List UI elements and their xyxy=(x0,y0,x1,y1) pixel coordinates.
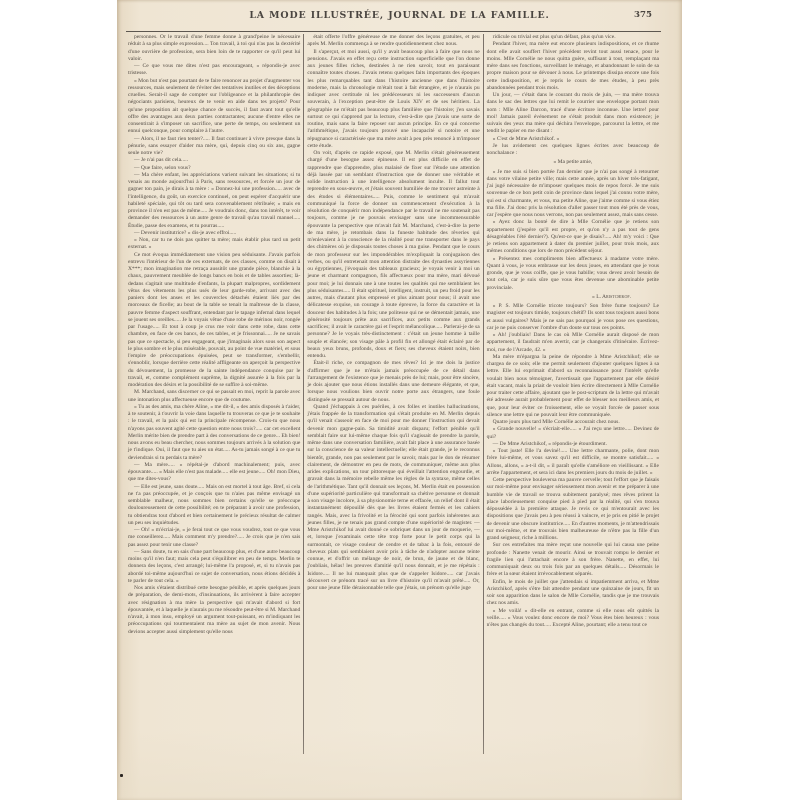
paragraph: — Oh! » m'écriai-je, « je ferai tout ce … xyxy=(128,527,300,549)
paragraph: Sur ces entrefaites ma mère reçut une no… xyxy=(487,542,659,578)
column-2: était offerte l'offre généreuse de me do… xyxy=(305,34,481,754)
paragraph: « Ah! j'oubliais! Dans le cas où Mlle Co… xyxy=(487,332,659,354)
paragraph: Ma mère m'épargna la peine de répondre à… xyxy=(487,354,659,419)
paragraph: — Ma chère enfant, les appréciations var… xyxy=(128,172,300,230)
paragraph: « Non, car tu ne dois pas quitter ta mèr… xyxy=(128,237,300,252)
paragraph: Je lus avidement ces quelques lignes écr… xyxy=(487,143,659,158)
column-divider xyxy=(483,34,484,754)
paragraph: « Présentez mes compliments bien affectu… xyxy=(487,256,659,292)
paragraph: — Sans doute, tu en sais d'une part beau… xyxy=(128,549,300,585)
column-divider xyxy=(303,34,304,754)
paragraph: ridicule ou trivial est plus qu'un défau… xyxy=(487,34,659,41)
paragraph: personnes. Or le travail d'une femme don… xyxy=(128,34,300,63)
newspaper-page: LA MODE ILLUSTRÉE, JOURNAL DE LA FAMILLE… xyxy=(117,0,682,800)
paragraph: Il s'aperçut, et moi aussi, qu'il y avai… xyxy=(307,49,479,151)
paragraph: — Alors, il ne faut rien tenter?..... Il… xyxy=(128,136,300,158)
paragraph: Pendant l'hiver, ma mère eut encore plus… xyxy=(487,41,659,92)
paragraph: — Elle est jeune, sans doute..... Mais o… xyxy=(128,484,300,528)
paragraph: « L. Aristchikof. xyxy=(487,294,659,301)
paragraph: Était-il riche, ce compagnon de mes rêve… xyxy=(307,360,479,404)
paragraph: Ce mot évoqua immédiatement une vision p… xyxy=(128,252,300,390)
header-rule xyxy=(126,31,661,32)
paragraph: « Me voilà! » dit-elle en entrant, comme… xyxy=(487,608,659,630)
paragraph: Quatre jours plus tard Mlle Cornélie acc… xyxy=(487,419,659,426)
paragraph: « Ayez donc la bonté de dire à Mlle Corn… xyxy=(487,219,659,255)
page-header: LA MODE ILLUSTRÉE, JOURNAL DE LA FAMILLE… xyxy=(117,6,682,28)
paragraph: Nos amis s'étaient distribué cette besog… xyxy=(128,585,300,636)
paragraph: — Ce que vous me dites n'est pas encoura… xyxy=(128,63,300,78)
paragraph: M. Marchand, sans discerner ce qui se pa… xyxy=(128,389,300,404)
paragraph: « Je me suis si bien portée l'an dernier… xyxy=(487,169,659,220)
paragraph: Un jour, — c'était dans le courant du mo… xyxy=(487,92,659,136)
paragraph: Cette perspective bouleversa ma pauvre c… xyxy=(487,477,659,542)
paragraph: « Tout juste! Elle l'a deviné!..... Une … xyxy=(487,448,659,477)
paragraph: — Ma mère..... » répétai-je d'abord mach… xyxy=(128,462,300,484)
paragraph: « Ma petite amie, xyxy=(487,159,659,166)
paper-bottom-margin xyxy=(117,730,682,800)
text-columns: personnes. Or le travail d'une femme don… xyxy=(126,34,661,754)
paragraph: « C'est de Mme Aristchikof. » xyxy=(487,136,659,143)
paragraph: « Tu as des amis, ma chère Aline, » me d… xyxy=(128,404,300,462)
journal-title: LA MODE ILLUSTRÉE, JOURNAL DE LA FAMILLE… xyxy=(117,10,682,21)
paragraph: « Mon but n'est pas pourtant de te faire… xyxy=(128,78,300,136)
paragraph: On voit, d'après ce rapide exposé, que M… xyxy=(307,150,479,360)
paragraph: Enfin, le mois de juillet que j'attendai… xyxy=(487,579,659,608)
paragraph: était offerte l'offre généreuse de me do… xyxy=(307,34,479,49)
paragraph: — De Mme Aristchikof, » répondis-je étou… xyxy=(487,441,659,448)
paragraph: — Que faire, selon vous? xyxy=(128,165,300,172)
paragraph: Quand j'échappais à ces puériles, à ces … xyxy=(307,404,479,593)
binding-mark xyxy=(120,774,123,777)
column-1: personnes. Or le travail d'une femme don… xyxy=(126,34,302,754)
paragraph: — Je n'ai pas dit cela..... xyxy=(128,157,300,164)
paragraph: — Devenir institutrice? » dis-je avec ef… xyxy=(128,230,300,237)
paragraph: « P. S. Mlle Cornélie tricote toujours? … xyxy=(487,303,659,332)
paragraph: « Grande nouvelle! » s'écriait-elle.....… xyxy=(487,426,659,441)
column-3: ridicule ou trivial est plus qu'un défau… xyxy=(485,34,661,754)
page-number: 375 xyxy=(634,10,652,20)
